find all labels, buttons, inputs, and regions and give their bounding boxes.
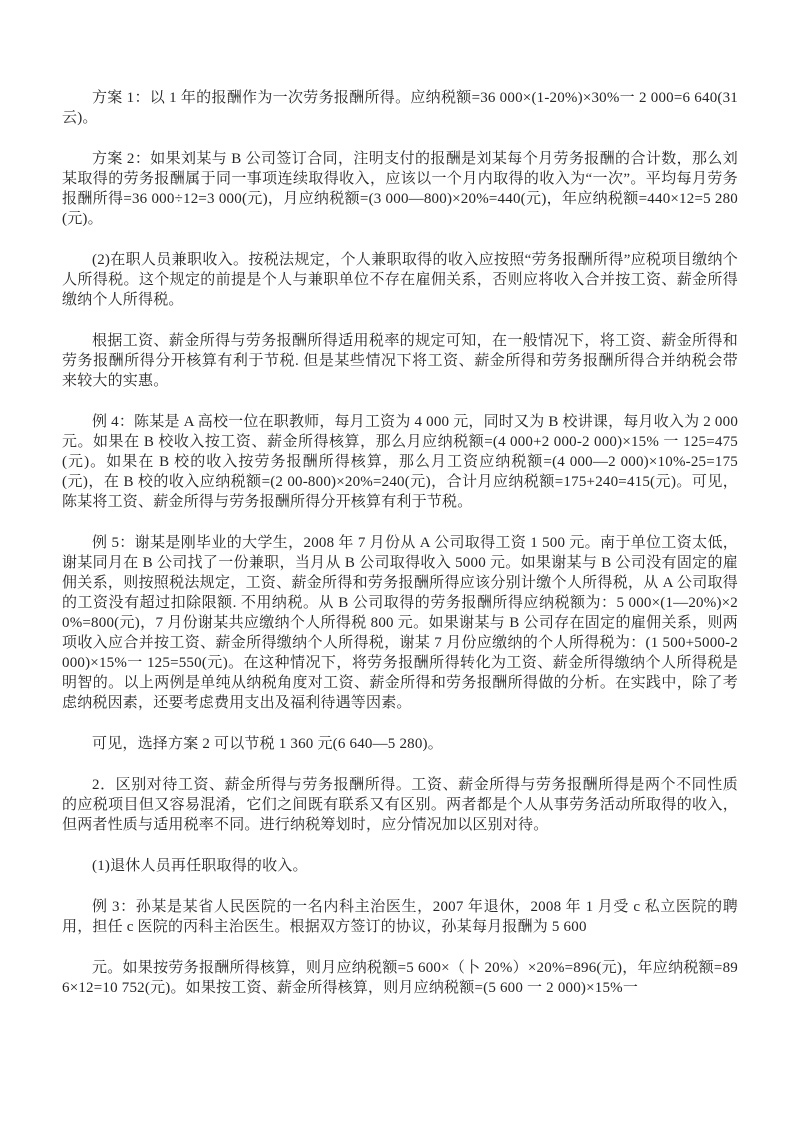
paragraph-retiree-heading: (1)退休人员再任职取得的收入。 xyxy=(62,856,738,876)
paragraph-plan1: 方案 1：以 1 年的报酬作为一次劳务报酬所得。应纳税额=36 000×(1-2… xyxy=(62,88,738,128)
paragraph-plan2: 方案 2：如果刘某与 B 公司签订合同，注明支付的报酬是刘某每个月劳务报酬的合计… xyxy=(62,149,738,229)
paragraph-example3-continued: 元。如果按劳务报酬所得核算，则月应纳税额=5 600×（卜 20%）×20%=8… xyxy=(62,958,738,998)
paragraph-example3: 例 3：孙某是某省人民医院的一名内科主治医生，2007 年退休，2008 年 1… xyxy=(62,897,738,937)
paragraph-parttime-income: (2)在职人员兼职收入。按税法规定，个人兼职取得的收入应按照“劳务报酬所得”应税… xyxy=(62,250,738,310)
paragraph-example5: 例 5：谢某是刚毕业的大学生，2008 年 7 月份从 A 公司取得工资 1 5… xyxy=(62,533,738,713)
document-page: 方案 1：以 1 年的报酬作为一次劳务报酬所得。应纳税额=36 000×(1-2… xyxy=(0,0,800,1132)
paragraph-conclusion-plan2: 可见，选择方案 2 可以节税 1 360 元(6 640—5 280)。 xyxy=(62,734,738,754)
paragraph-tax-rate-note: 根据工资、薪金所得与劳务报酬所得适用税率的规定可知，在一般情况下，将工资、薪金所… xyxy=(62,331,738,391)
paragraph-distinguish-income: 2．区别对待工资、薪金所得与劳务报酬所得。工资、薪金所得与劳务报酬所得是两个不同… xyxy=(62,775,738,835)
paragraph-example4: 例 4：陈某是 A 高校一位在职教师，每月工资为 4 000 元，同时又为 B … xyxy=(62,412,738,512)
